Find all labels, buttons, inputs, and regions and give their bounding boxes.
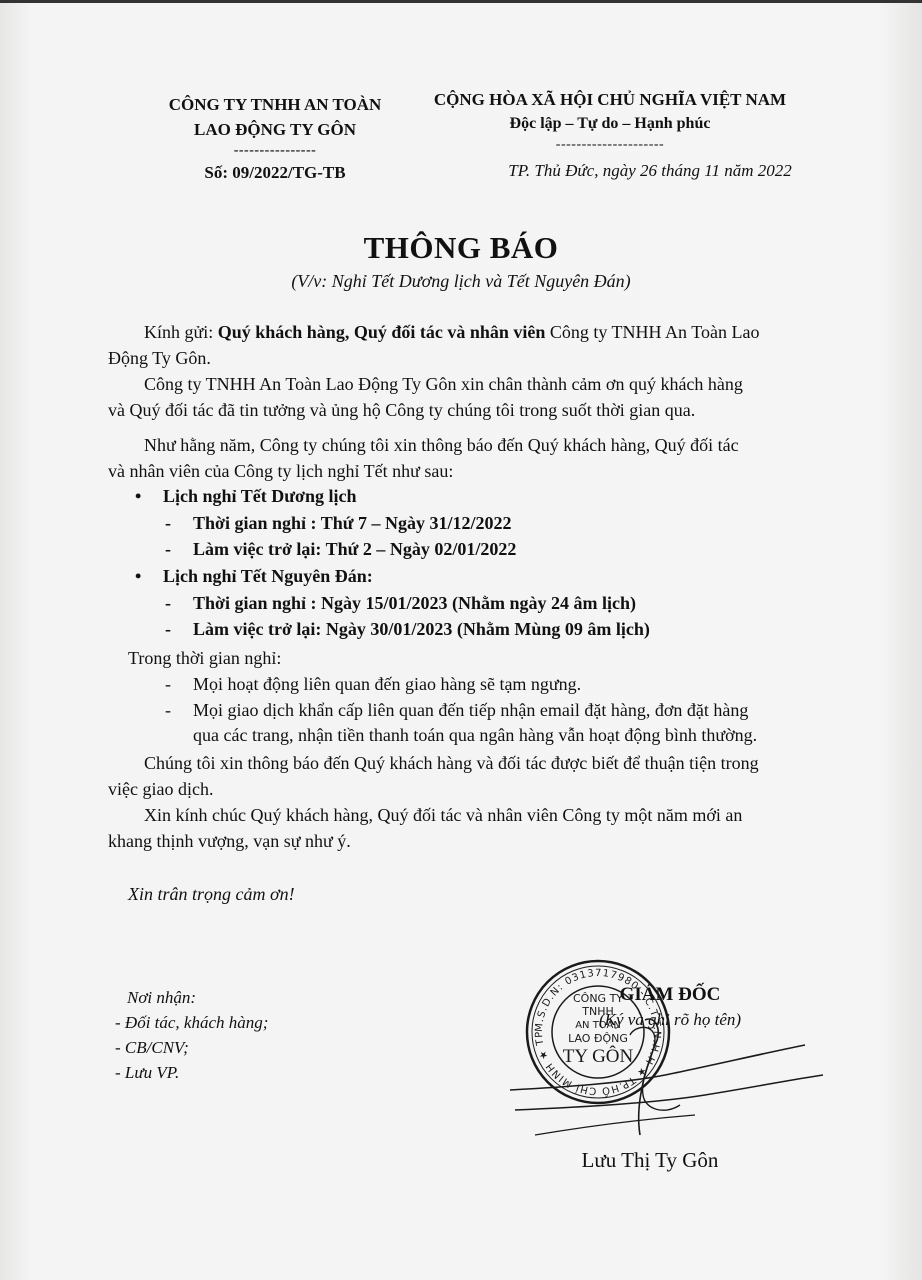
announcement-paragraph: Như hằng năm, Công ty chúng tôi xin thôn… — [108, 433, 833, 484]
dash-marker: - — [165, 513, 193, 534]
closing-thanks: Xin trân trọng cảm ơn! — [128, 884, 295, 905]
schedule-lunar-heading: •Lịch nghỉ Tết Nguyên Đán: — [135, 566, 373, 587]
document-subtitle: (V/v: Nghỉ Tết Dương lịch và Tết Nguyên … — [0, 271, 922, 292]
thanks-paragraph: Công ty TNHH An Toàn Lao Động Ty Gôn xin… — [108, 372, 833, 423]
schedule-lunar-return: -Làm việc trở lại: Ngày 30/01/2023 (Nhằm… — [165, 619, 650, 640]
notice-paragraph: Chúng tôi xin thông báo đến Quý khách hà… — [108, 751, 833, 802]
during-item-urgent: -Mọi giao dịch khẩn cấp liên quan đến ti… — [165, 700, 748, 721]
schedule-heading-text: Lịch nghỉ Tết Dương lịch — [163, 486, 356, 506]
greeting-paragraph: Kính gửi: Quý khách hàng, Quý đối tác và… — [108, 320, 833, 371]
during-item-delivery: -Mọi hoạt động liên quan đến giao hàng s… — [165, 674, 581, 695]
recipient-item: - Lưu VP. — [115, 1060, 268, 1085]
recipient-item: - Đối tác, khách hàng; — [115, 1010, 268, 1035]
notice-line2: việc giao dịch. — [108, 777, 833, 803]
greeting-recipients: Quý khách hàng, Quý đối tác và nhân viên — [218, 322, 546, 342]
schedule-new-year-off: -Thời gian nghỉ : Thứ 7 – Ngày 31/12/202… — [165, 513, 512, 534]
wishes-paragraph: Xin kính chúc Quý khách hàng, Quý đối tá… — [108, 803, 833, 854]
schedule-heading-text: Lịch nghỉ Tết Nguyên Đán: — [163, 566, 373, 586]
schedule-item-text: Thời gian nghỉ : Thứ 7 – Ngày 31/12/2022 — [193, 513, 512, 533]
wishes-line1: Xin kính chúc Quý khách hàng, Quý đối tá… — [108, 803, 833, 829]
signer-name: Lưu Thị Ty Gôn — [520, 1148, 780, 1173]
company-name-line2: LAO ĐỘNG TY GÔN — [120, 117, 430, 142]
national-motto: Độc lập – Tự do – Hạnh phúc — [400, 112, 820, 136]
notice-line1: Chúng tôi xin thông báo đến Quý khách hà… — [108, 751, 833, 777]
during-holiday-label: Trong thời gian nghỉ: — [128, 648, 281, 669]
svg-text:CÔNG TY: CÔNG TY — [573, 992, 623, 1005]
dash-marker: - — [165, 700, 193, 721]
greeting-prefix: Kính gửi: — [144, 322, 218, 342]
schedule-item-text: Thời gian nghỉ : Ngày 15/01/2023 (Nhằm n… — [193, 593, 636, 613]
company-name-line1: CÔNG TY TNHH AN TOÀN — [120, 92, 430, 117]
schedule-lunar-off: -Thời gian nghỉ : Ngày 15/01/2023 (Nhằm … — [165, 593, 636, 614]
document-page: CÔNG TY TNHH AN TOÀN LAO ĐỘNG TY GÔN ---… — [0, 0, 922, 1280]
company-header: CÔNG TY TNHH AN TOÀN LAO ĐỘNG TY GÔN ---… — [120, 92, 430, 186]
schedule-item-text: Làm việc trở lại: Thứ 2 – Ngày 02/01/202… — [193, 539, 516, 559]
bullet-icon: • — [135, 486, 163, 507]
wishes-line2: khang thịnh vượng, vạn sự như ý. — [108, 829, 833, 855]
schedule-new-year-heading: •Lịch nghỉ Tết Dương lịch — [135, 486, 356, 507]
scan-edge — [0, 0, 922, 3]
national-title: CỘNG HÒA XÃ HỘI CHỦ NGHĨA VIỆT NAM — [400, 87, 820, 112]
announcement-line1: Như hằng năm, Công ty chúng tôi xin thôn… — [108, 433, 833, 459]
dash-marker: - — [165, 539, 193, 560]
schedule-item-text: Làm việc trở lại: Ngày 30/01/2023 (Nhằm … — [193, 619, 650, 639]
national-divider: --------------------- — [400, 136, 820, 154]
dash-marker: - — [165, 674, 193, 695]
during-item-text: Mọi giao dịch khẩn cấp liên quan đến tiế… — [193, 700, 748, 720]
document-number: Số: 09/2022/TG-TB — [120, 160, 430, 186]
schedule-new-year-return: -Làm việc trở lại: Thứ 2 – Ngày 02/01/20… — [165, 539, 516, 560]
document-title: THÔNG BÁO — [0, 230, 922, 266]
announcement-line2: và nhân viên của Công ty lịch nghỉ Tết n… — [108, 459, 833, 485]
bullet-icon: • — [135, 566, 163, 587]
during-item-text: Mọi hoạt động liên quan đến giao hàng sẽ… — [193, 674, 581, 694]
dash-marker: - — [165, 619, 193, 640]
recipient-item: - CB/CNV; — [115, 1035, 268, 1060]
recipients-label: Nơi nhận: — [115, 985, 268, 1010]
dash-marker: - — [165, 593, 193, 614]
national-header: CỘNG HÒA XÃ HỘI CHỦ NGHĨA VIỆT NAM Độc l… — [400, 87, 820, 154]
company-divider: ---------------- — [120, 142, 430, 160]
handwritten-signature-icon — [505, 1015, 825, 1145]
thanks-line1: Công ty TNHH An Toàn Lao Động Ty Gôn xin… — [108, 372, 833, 398]
greeting-line2: Động Ty Gôn. — [108, 346, 833, 372]
thanks-line2: và Quý đối tác đã tin tưởng và ủng hộ Cô… — [108, 398, 833, 424]
during-item-urgent-line2: qua các trang, nhận tiền thanh toán qua … — [193, 725, 757, 746]
greeting-suffix: Công ty TNHH An Toàn Lao — [545, 322, 759, 342]
place-date: TP. Thủ Đức, ngày 26 tháng 11 năm 2022 — [440, 161, 860, 181]
recipients-block: Nơi nhận: - Đối tác, khách hàng; - CB/CN… — [115, 985, 268, 1085]
